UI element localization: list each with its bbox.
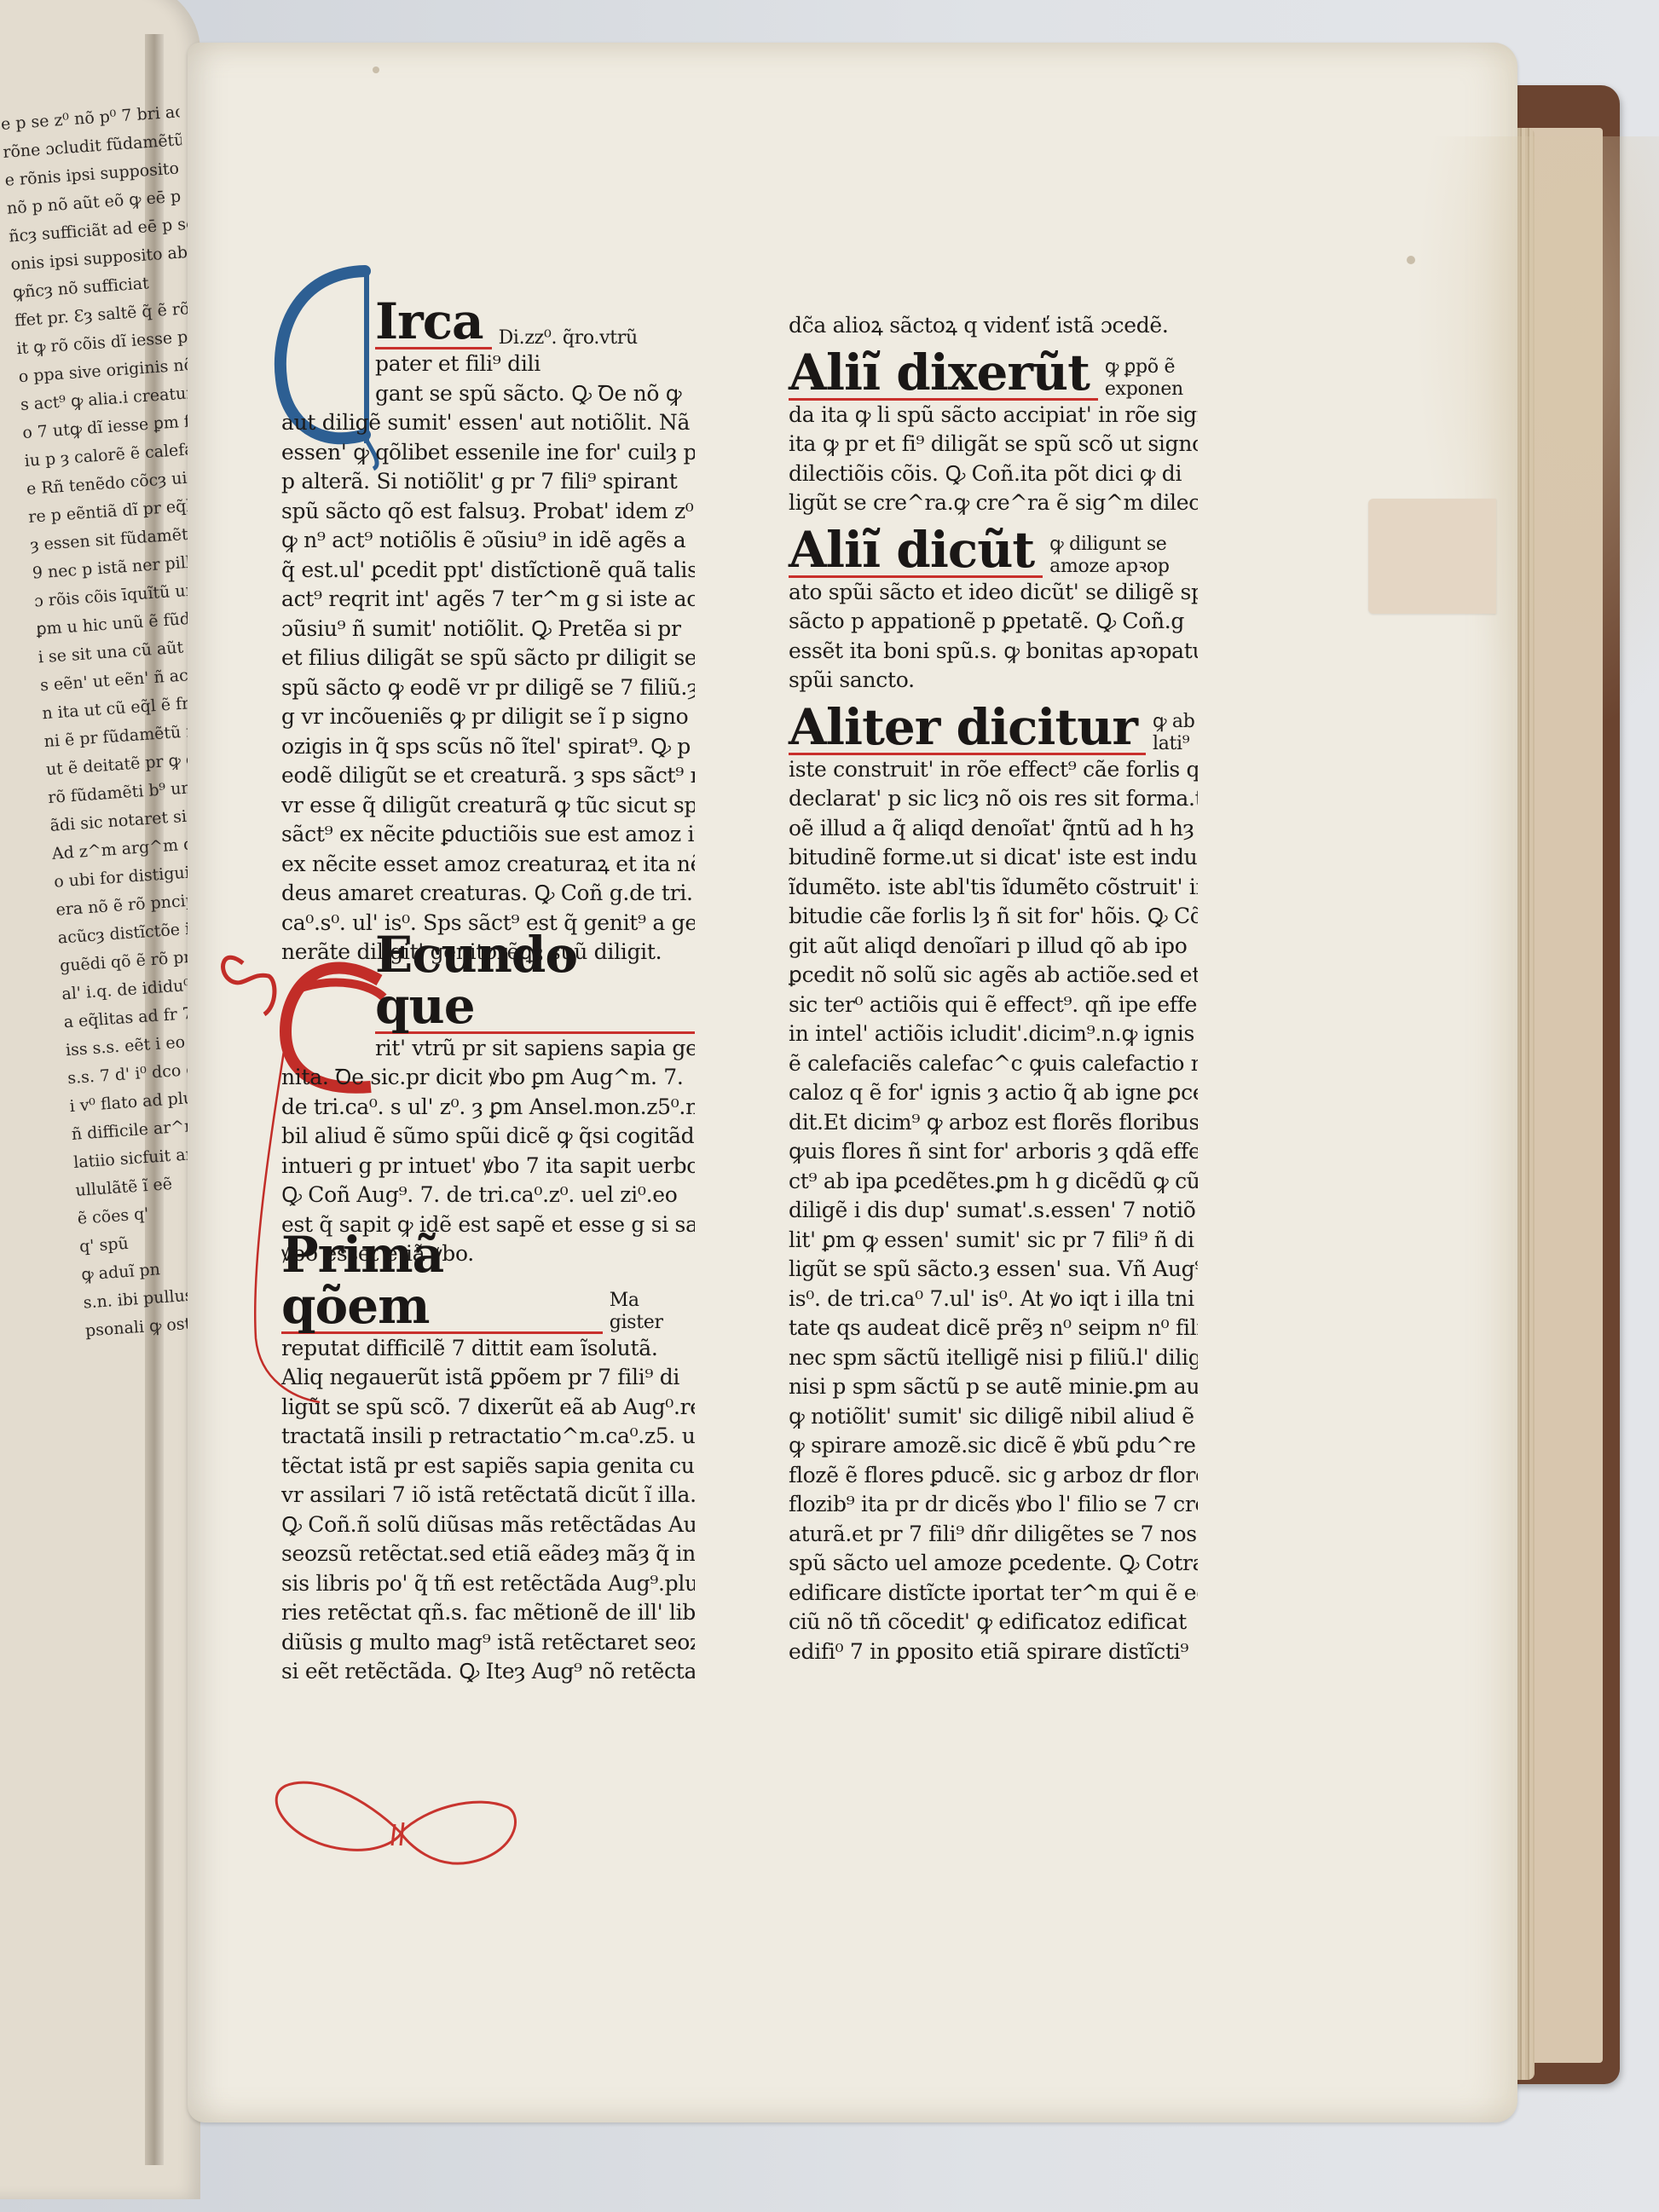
text-line: vr esse q̃ diligũt creaturã ꝙ tũc sicut … bbox=[281, 791, 695, 821]
text-line: iste construit' in rõe effect⁹ cãe forli… bbox=[789, 755, 1198, 785]
text-line: lit' ꝑm ꝙ essen' sumit' sic pr 7 fili⁹ ñ… bbox=[789, 1226, 1198, 1256]
text-line: tate qs audeat dicẽ prẽȝ n⁰ seipm n⁰ fil… bbox=[789, 1314, 1198, 1343]
text-line: gant se spũ sãcto. Ꝙ Ꝺe nõ ꝙ bbox=[281, 379, 695, 409]
section-heading-secundo: Ecundo que bbox=[281, 974, 695, 1034]
text-line: de tri.ca⁰. s ul' z⁰. ȝ ꝑm Ansel.mon.z5⁰… bbox=[281, 1093, 695, 1123]
text-line: eodẽ diligũt se et creaturã. ȝ sps sãct⁹… bbox=[281, 761, 695, 791]
text-line: p alterã. Si notiõlit' g pr 7 fili⁹ spir… bbox=[281, 467, 695, 497]
text-line: nita. Ꝺe sic.pr dicit ꝟbo ꝑm Aug^m. 7. bbox=[281, 1063, 695, 1093]
text-line: ita ꝙ pr et fi⁹ diligãt se spũ scõ ut si… bbox=[789, 430, 1198, 459]
text-line: spũ sãcto ꝙ eodẽ vr pr diligẽ se 7 filiũ… bbox=[281, 673, 695, 703]
text-line: aut diligẽ sumit' essen' aut notiõlit. N… bbox=[281, 408, 695, 438]
text-line: ꝑcedit nõ solũ sic agẽs ab actiõe.sed et… bbox=[789, 961, 1198, 990]
water-stain bbox=[1415, 136, 1659, 733]
text-line: rit' vtrũ pr sit sapiens sapia ge bbox=[281, 1034, 695, 1064]
text-line: flozib⁹ ita pr dr dicẽs ꝟbo l' filio se … bbox=[789, 1490, 1198, 1520]
text-line: edificare distĩcte iportat ter^m qui ẽ e… bbox=[789, 1579, 1198, 1608]
text-line: ꝙ notiõlit' sumit' sic diligẽ nibil aliu… bbox=[789, 1402, 1198, 1432]
text-line: flozẽ ẽ flores ꝑducẽ. sic g arboz dr flo… bbox=[789, 1461, 1198, 1491]
text-line: spũi sancto. bbox=[789, 666, 1198, 696]
verso-text: e p se z⁰ nõ p⁰ 7 bri actual' fũdarõne ɔ… bbox=[0, 98, 200, 1345]
text-line: ligũt se spũ scõ. 7 dixerũt eã ab Aug⁰.r… bbox=[281, 1393, 695, 1423]
paper-blemish bbox=[1407, 256, 1415, 264]
text-column-left: Irca Di.zz⁰. q̃ro.vtrũ pater et fili⁹ di… bbox=[281, 290, 695, 1687]
heading-text: Aliter dicitur bbox=[789, 702, 1146, 755]
text-line: si eẽt retẽctãda. Ꝙ Iteȝ Aug⁹ nõ retẽcta… bbox=[281, 1657, 695, 1687]
text-line: tẽctat istã pr est sapiẽs sapia genita c… bbox=[281, 1452, 695, 1481]
text-line: dilectiõis cõis. Ꝙ Coñ.ita põt dici ꝙ di bbox=[789, 459, 1198, 489]
text-line: ligũt se cre^ra.ꝙ cre^ra ẽ sig^m dilecti… bbox=[789, 488, 1198, 518]
text-line: sãcto p appationẽ p ꝑpetatẽ. Ꝙ Coñ.g bbox=[789, 607, 1198, 637]
text-line: ato spũi sãcto et ideo dicũt' se diligẽ … bbox=[789, 578, 1198, 608]
heading-text: Primã qõem bbox=[281, 1229, 603, 1334]
section-heading-alii-dixerunt: Aliĩ dixerũt ꝙ ꝑpõ ẽ exponen bbox=[789, 341, 1198, 401]
text-line: ct⁹ ab ipa ꝑcedẽtes.ꝑm h g dicẽdũ ꝙ cũ bbox=[789, 1167, 1198, 1197]
text-line: spũ sãcto uel amoze ꝑcedente. Ꝙ Cotra. bbox=[789, 1549, 1198, 1579]
text-line: et filius diligãt se spũ sãcto pr diligi… bbox=[281, 644, 695, 673]
heading-text: Irca bbox=[375, 296, 492, 349]
red-flourish-icon bbox=[264, 1764, 537, 1875]
heading-sidenote: ꝙ diligunt se amoze apꝛop bbox=[1049, 534, 1169, 578]
heading-text: Ecundo que bbox=[375, 929, 695, 1034]
text-line: ẽ calefaciẽs calefac^c ꝙuis calefactio n… bbox=[789, 1049, 1198, 1079]
text-line: nisi p spm sãctũ p se autẽ minie.ꝑm autẽ bbox=[789, 1372, 1198, 1402]
text-line: edifi⁰ 7 in ꝑposito etiã spirare distĩct… bbox=[789, 1637, 1198, 1667]
text-line: dit.Et dicim⁹ ꝙ arboz est florẽs floribu… bbox=[789, 1108, 1198, 1138]
text-line: oẽ illud a q̃ aliqd denoĩat' q̃ntũ ad h … bbox=[789, 814, 1198, 844]
text-line: ꝙ n⁹ act⁹ notiõlis ẽ ɔũsiu⁹ in idẽ agẽs … bbox=[281, 526, 695, 556]
text-line: Ꝙ Coñ.ñ solũ diũsas mãs retẽctãdas Aug⁹. bbox=[281, 1510, 695, 1540]
heading-sidenote: Ma gister bbox=[610, 1290, 695, 1334]
text-line: is⁰. de tri.ca⁰ 7.ul' is⁰. At ꝟo iqt i i… bbox=[789, 1285, 1198, 1314]
section-1-lines: da ita ꝙ li spũ sãcto accipiat' in rõe s… bbox=[789, 401, 1198, 518]
text-line: Ꝙ Coñ Aug⁹. 7. de tri.ca⁰.z⁰. uel zi⁰.eo bbox=[281, 1181, 695, 1210]
verso-page: e p se z⁰ nõ p⁰ 7 bri actual' fũdarõne ɔ… bbox=[0, 0, 200, 2199]
text-line: bil aliud ẽ sũmo spũi dicẽ ꝙ q̃si cogitã… bbox=[281, 1122, 695, 1152]
text-line: da ita ꝙ li spũ sãcto accipiat' in rõe s… bbox=[789, 401, 1198, 430]
text-line: caloz q ẽ for' ignis ȝ actio q̃ ab igne … bbox=[789, 1078, 1198, 1108]
text-line: ciũ nõ tñ cõcedit' ꝙ edificatoz edificat bbox=[789, 1608, 1198, 1637]
text-line: seozsũ retẽctat.sed etiã eãdeȝ mãȝ q̃ in… bbox=[281, 1539, 695, 1569]
section-heading-primam: Primã qõem Ma gister bbox=[281, 1274, 695, 1334]
text-line: reputat difficilẽ 7 dittit eam ĩsolutã. bbox=[281, 1334, 695, 1364]
section-heading-alii-dicunt: Aliĩ dicũt ꝙ diligunt se amoze apꝛop bbox=[789, 518, 1198, 578]
paper-tab[interactable] bbox=[1368, 499, 1496, 614]
section-3-lines: iste construit' in rõe effect⁹ cãe forli… bbox=[789, 755, 1198, 1667]
text-line: deus amaret creaturas. Ꝙ Coñ g.de tri. bbox=[281, 879, 695, 909]
text-line: spũ sãcto qõ est falsuȝ. Probat' idem z⁰… bbox=[281, 497, 695, 527]
text-line: aturã.et pr 7 fili⁹ dñr diligẽtes se 7 n… bbox=[789, 1520, 1198, 1550]
section-1-lines: pater et fili⁹ diligant se spũ sãcto. Ꝙ … bbox=[281, 349, 695, 967]
section-heading-aliter-dicitur: Aliter dicitur ꝙ ab lati⁹ bbox=[789, 696, 1198, 755]
text-line: sãct⁹ ex nẽcite ꝑductiõis sue est amoz i… bbox=[281, 820, 695, 850]
text-line: ꝙ spirare amozẽ.sic dicẽ ẽ ꝟbũ ꝑdu^re.et bbox=[789, 1431, 1198, 1461]
heading-sidenote: Di.zz⁰. q̃ro.vtrũ bbox=[499, 327, 638, 349]
text-line: git aũt aliqd denoĩari p illud qõ ab ipo bbox=[789, 932, 1198, 962]
text-line: nec spm sãctũ itelligẽ nisi p filiũ.l' d… bbox=[789, 1343, 1198, 1373]
text-line: ĩdumẽto. iste abl'tis ĩdumẽto cõstruit' … bbox=[789, 873, 1198, 903]
paper-blemish bbox=[373, 66, 379, 73]
heading-sidenote: ꝙ ꝑpõ ẽ exponen bbox=[1105, 356, 1183, 401]
text-line: diligẽ i dis dup' sumat'.s.essen' 7 noti… bbox=[789, 1196, 1198, 1226]
text-line: bitudinẽ forme.ut si dicat' iste est ind… bbox=[789, 843, 1198, 873]
text-line: essen' ꝙ qõlibet essenile ine for' cuilȝ… bbox=[281, 438, 695, 468]
text-line: ɔũsiu⁹ ñ sumit' notiõlit. Ꝙ Pretẽa si pr bbox=[281, 615, 695, 644]
text-line: ligũt se spũ sãcto.ȝ essen' sua. Vñ Aug⁹ bbox=[789, 1255, 1198, 1285]
heading-text: Aliĩ dicũt bbox=[789, 524, 1043, 578]
text-line: essẽt ita boni spũ.s. ꝙ bonitas apꝛopatu… bbox=[789, 637, 1198, 667]
text-line: ꝙuis flores ñ sint for' arboris ȝ qdã ef… bbox=[789, 1137, 1198, 1167]
text-line: vr assilari 7 iõ istã retẽctatã dicũt ĩ … bbox=[281, 1481, 695, 1510]
text-line: bitudie cãe forlis lȝ ñ sit for' hõis. Ꝙ… bbox=[789, 902, 1198, 932]
text-line: ex nẽcite esset amoz creaturaꝝ et ita nẽ… bbox=[281, 850, 695, 880]
text-line: intueri g pr intuet' ꝟbo 7 ita sapit uer… bbox=[281, 1152, 695, 1181]
text-line: g vr incõueniẽs ꝙ pr diligit se ĩ p sign… bbox=[281, 702, 695, 732]
text-line: pater et fili⁹ dili bbox=[281, 349, 695, 379]
section-heading-circa: Irca Di.zz⁰. q̃ro.vtrũ bbox=[281, 290, 695, 349]
text-line: q̃ est.ul' ꝑcedit ppt' distĩctionẽ quã t… bbox=[281, 556, 695, 586]
text-line: Aliq negauerũt istã ꝑpõem pr 7 fili⁹ di bbox=[281, 1363, 695, 1393]
text-column-right: dc̃a alioꝝ sãctoꝝ q videnť istã ɔcedẽ. A… bbox=[789, 311, 1198, 1666]
heading-text: Aliĩ dixerũt bbox=[789, 347, 1098, 401]
text-line: sic ter⁰ actiõis qui ẽ effect⁹. qñ ipe e… bbox=[789, 990, 1198, 1020]
text-line: diũsis g multo mag⁹ istã retẽctaret seoz… bbox=[281, 1628, 695, 1658]
text-line: ries retẽctat qñ.s. fac mẽtionẽ de ill' … bbox=[281, 1598, 695, 1628]
heading-sidenote: ꝙ ab lati⁹ bbox=[1153, 711, 1195, 755]
text-line: tractatã insili p retractatio^m.ca⁰.z5. … bbox=[281, 1422, 695, 1452]
text-line: declarat' p sic licȝ nõ ois res sit form… bbox=[789, 784, 1198, 814]
text-line: ozigis in q̃ sps scũs nõ ĩtel' spirat⁹. … bbox=[281, 732, 695, 762]
text-line: act⁹ reqrit int' agẽs 7 ter^m g si iste … bbox=[281, 585, 695, 615]
section-2-lines: ato spũi sãcto et ideo dicũt' se diligẽ … bbox=[789, 578, 1198, 696]
text-line: in intel' actiõis icludit'.dicim⁹.n.ꝙ ig… bbox=[789, 1019, 1198, 1049]
opening-line: dc̃a alioꝝ sãctoꝝ q videnť istã ɔcedẽ. bbox=[789, 311, 1198, 341]
text-line: sis libris po' q̃ tñ est retẽctãda Aug⁹.… bbox=[281, 1569, 695, 1599]
section-3-lines: reputat difficilẽ 7 dittit eam ĩsolutã.A… bbox=[281, 1334, 695, 1687]
